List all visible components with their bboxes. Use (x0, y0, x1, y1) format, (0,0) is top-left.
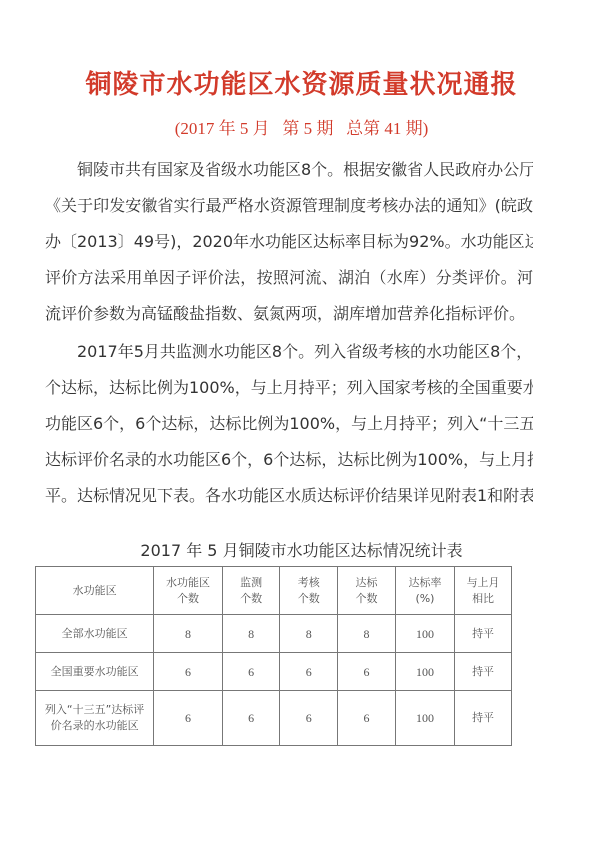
table-caption: 2017 年 5 月铜陵市水功能区达标情况统计表 (0, 538, 603, 561)
cell-rate: 100 (395, 615, 454, 653)
paragraph-line: 功能区6个，6个达标，达标比例为100%，与上月持平；列入“十三五” (45, 406, 533, 442)
header-vs-last-month: 与上月相比 (455, 567, 512, 615)
header-label: 水功能区 (166, 576, 210, 589)
header-label: 个数 (177, 592, 199, 605)
cell-compliant: 8 (338, 615, 396, 653)
header-label: 个数 (240, 592, 262, 605)
cell-monitored: 8 (222, 615, 280, 653)
compliance-stats-table: 水功能区 水功能区个数 监测个数 考核个数 达标个数 达标率(%) 与上月相比 … (35, 566, 512, 746)
cell-vs-last-month: 持平 (455, 615, 512, 653)
cell-monitored: 6 (222, 691, 280, 746)
cell-assessed: 6 (280, 691, 338, 746)
cell-assessed: 8 (280, 615, 338, 653)
cell-text: 价名录的水功能区 (51, 719, 139, 732)
paragraph-line: 评价方法采用单因子评价法，按照河流、湖泊（水库）分类评价。河 (45, 260, 533, 296)
header-label: 考核 (298, 576, 320, 589)
cell-zone-name: 全国重要水功能区 (36, 653, 154, 691)
cell-compliant: 6 (338, 653, 396, 691)
header-zone: 水功能区 (36, 567, 154, 615)
cell-rate: 100 (395, 691, 454, 746)
table-header-row: 水功能区 水功能区个数 监测个数 考核个数 达标个数 达标率(%) 与上月相比 (36, 567, 512, 615)
paragraph-line: 平。达标情况见下表。各水功能区水质达标评价结果详见附表1和附表2。 (45, 478, 533, 514)
cell-vs-last-month: 持平 (455, 691, 512, 746)
header-label: 相比 (472, 592, 494, 605)
header-compliant-count: 达标个数 (338, 567, 396, 615)
table-row: 列入“十三五”达标评价名录的水功能区 6 6 6 6 100 持平 (36, 691, 512, 746)
header-label: 与上月 (467, 576, 500, 589)
paragraph-monthly-summary: 2017年5月共监测水功能区8个。列入省级考核的水功能区8个，8 个达标，达标比… (45, 334, 533, 514)
cell-monitored: 6 (222, 653, 280, 691)
paragraph-line: 铜陵市共有国家及省级水功能区8个。根据安徽省人民政府办公厅 (45, 152, 533, 188)
paragraph-line: 办〔2013〕49号)，2020年水功能区达标率目标为92%。水功能区达标 (45, 224, 533, 260)
header-label: 达标率 (408, 576, 441, 589)
header-label: (%) (415, 592, 434, 605)
header-assessed-count: 考核个数 (280, 567, 338, 615)
cell-zone-name: 全部水功能区 (36, 615, 154, 653)
paragraph-intro: 铜陵市共有国家及省级水功能区8个。根据安徽省人民政府办公厅 《关于印发安徽省实行… (45, 152, 533, 332)
header-label: 水功能区 (73, 584, 117, 597)
header-label: 达标 (355, 576, 377, 589)
table-row: 全部水功能区 8 8 8 8 100 持平 (36, 615, 512, 653)
header-monitored-count: 监测个数 (222, 567, 280, 615)
table-row: 全国重要水功能区 6 6 6 6 100 持平 (36, 653, 512, 691)
paragraph-line: 达标评价名录的水功能区6个，6个达标，达标比例为100%，与上月持 (45, 442, 533, 478)
cell-text: 全部水功能区 (62, 627, 128, 640)
header-label: 个数 (298, 592, 320, 605)
cell-rate: 100 (395, 653, 454, 691)
cell-text: 全国重要水功能区 (51, 665, 139, 678)
header-zone-count: 水功能区个数 (154, 567, 223, 615)
issue-subtitle: (2017 年 5 月 第 5 期 总第 41 期) (0, 114, 603, 139)
cell-vs-last-month: 持平 (455, 653, 512, 691)
cell-text: 列入“十三五”达标评 (45, 703, 144, 716)
cell-total: 6 (154, 653, 223, 691)
header-compliance-rate: 达标率(%) (395, 567, 454, 615)
cell-zone-name: 列入“十三五”达标评价名录的水功能区 (36, 691, 154, 746)
paragraph-line: 《关于印发安徽省实行最严格水资源管理制度考核办法的通知》(皖政 (45, 188, 533, 224)
paragraph-line: 个达标，达标比例为100%，与上月持平；列入国家考核的全国重要水 (45, 370, 533, 406)
header-label: 个数 (355, 592, 377, 605)
document-title: 铜陵市水功能区水资源质量状况通报 (0, 64, 603, 101)
cell-assessed: 6 (280, 653, 338, 691)
paragraph-line: 2017年5月共监测水功能区8个。列入省级考核的水功能区8个，8 (45, 334, 533, 370)
cell-total: 6 (154, 691, 223, 746)
cell-total: 8 (154, 615, 223, 653)
header-label: 监测 (240, 576, 262, 589)
paragraph-line: 流评价参数为高锰酸盐指数、氨氮两项，湖库增加营养化指标评价。 (45, 296, 533, 332)
cell-compliant: 6 (338, 691, 396, 746)
